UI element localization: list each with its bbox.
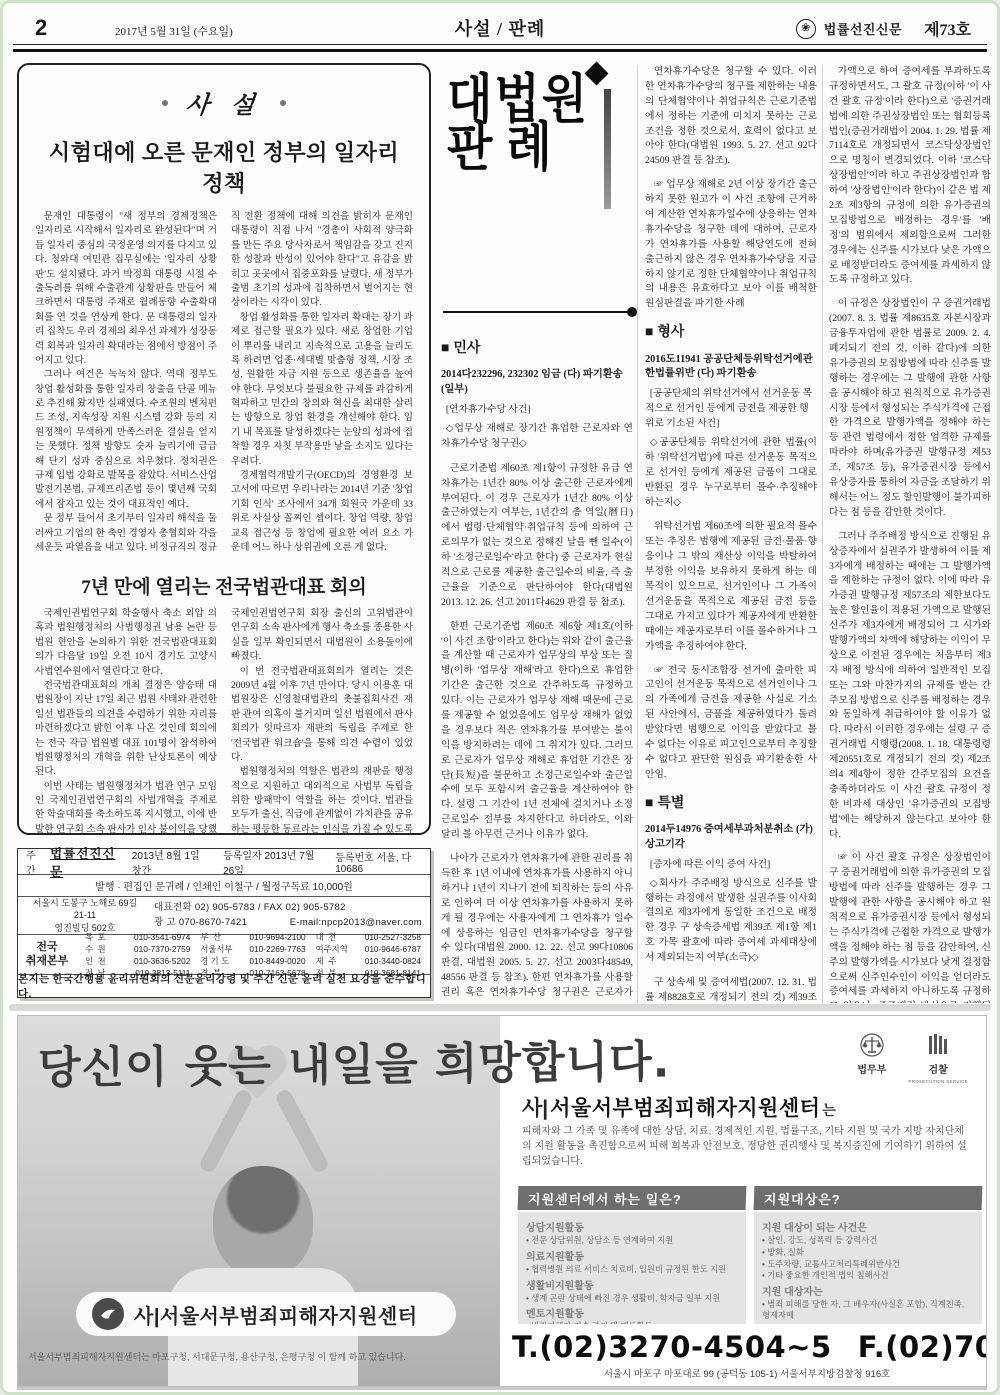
address-line-1: 서울시 도봉구 노해로 69길 21-11 bbox=[26, 897, 144, 921]
text-block: [증자에 따른 이익 증여 사건] bbox=[645, 858, 817, 873]
newspaper-page: 2 2017년 5월 31일 (수요일) 사설 / 판례 ❀ 법률선진신문 제7… bbox=[0, 0, 1000, 1395]
government-logos: 법무부 검찰 PROSECUTION SERVICE bbox=[857, 1032, 968, 1084]
service-item-title: 생활비지원활동 bbox=[526, 1277, 738, 1292]
bars-icon bbox=[925, 1032, 951, 1058]
section-heading: ■ 민사 bbox=[441, 337, 633, 358]
publisher-row-ethics: 본지는 한국간행물 윤리위원회의 신문윤리강령 및 주간 신문 윤리 실천 요강… bbox=[18, 975, 430, 997]
org-prefix: 사| bbox=[522, 1092, 548, 1122]
paragraph: 경제협력개발기구(OECD)의 경영환경 보고서에 따르면 우리나라는 2014… bbox=[231, 469, 413, 555]
main-phone: 대표전화 02) 905-5783 / FAX 02) 905-5782 bbox=[154, 901, 346, 915]
registration-date: 등록일자 2013년 7월 26일 bbox=[223, 847, 319, 877]
text-block: [공공단체의 위탁선거에서 선거운동 목적으로 선거인 등에게 금전을 제공한 … bbox=[645, 387, 817, 432]
target-group-item: • 도주차량, 교통사고처리특례위반사건 bbox=[762, 1259, 974, 1270]
bureau-label: 전국 취재본부 bbox=[18, 941, 76, 969]
service-item-desc: • 범죄피해자 지속 관리 및 멘토활동 bbox=[526, 1321, 738, 1324]
publisher-paper-name: 법률선진신문 bbox=[50, 844, 116, 880]
bureau-entry: 인 천010-3636-5202 bbox=[80, 955, 195, 967]
ad-box-targets: 지원대상은? 지원 대상이 되는 사건은• 살인, 강도, 성폭력 등 강력사건… bbox=[754, 1186, 982, 1324]
case-number: 2014두14976 증여세부과처분취소 (가) 상고기각 bbox=[645, 823, 817, 853]
paragraph: 문재인 대통령이 "새 정부의 경제정책은 일자리로 시작해서 일자리로 완성된… bbox=[35, 210, 217, 368]
ad-headline: 당신이 웃는 내일을 희망합니다. bbox=[38, 1024, 809, 1096]
logo-underline-rule bbox=[443, 311, 633, 313]
publisher-info-box: 주간 법률선진신문 2013년 8월 1일 창간 등록일자 2013년 7월 2… bbox=[17, 848, 431, 998]
child-head bbox=[213, 1166, 313, 1278]
paragraph: 창업 활성화를 통한 일자리 확대는 장기 과제로 접근할 필요가 있다. 새로… bbox=[231, 311, 413, 469]
text-block: ◇업무상 재해로 장기간 휴업한 근로자와 연차휴가수당 청구권◇ bbox=[441, 422, 633, 452]
ministry-label: 법무부 bbox=[857, 1061, 886, 1076]
editorial-title-2: 7년 만에 열리는 전국법관대표 회의 bbox=[35, 572, 413, 599]
supreme-court-precedents-logo: 대법원 판례 bbox=[447, 75, 597, 240]
text-block: ☞ 이 사건 괄호 규정은 상장법인이 구 증권거래법에 의한 유가증권의 모집… bbox=[829, 851, 991, 1003]
prosecution-label: 검찰 bbox=[929, 1061, 948, 1076]
text-block: ☞ 업무상 재해로 2년 이상 장기간 출근하지 못한 원고가 이 사건 조항에… bbox=[645, 178, 817, 312]
section-divider-band bbox=[9, 1004, 991, 1011]
ad-phone-f: F.(02)707-3717 bbox=[858, 1330, 987, 1364]
ad-box-services-title: 지원센터에서 하는 일은? bbox=[518, 1186, 747, 1210]
target-group-title: 지원 기준은 bbox=[762, 1323, 974, 1324]
editorial-body-2: 국제인권법연구회 학술행사 축소 외압 의혹과 법원행정처의 사법행정권 남용 … bbox=[35, 607, 413, 835]
advertisement: 당신이 웃는 내일을 희망합니다. 법무부 bbox=[17, 1015, 987, 1387]
case-number: 2014다232296, 232302 임금 (다) 파기환송(일부) bbox=[441, 368, 633, 398]
ad-bottom-caption: 서울서부범죄피해자지원센터는 마포구청, 서대문구청, 용산구청, 은평구청 이… bbox=[28, 1350, 498, 1363]
service-item-title: 멘토지원활동 bbox=[526, 1305, 738, 1320]
ad-address: 서울시 마포구 마포대로 99 (공덕동 105-1) 서울서부지방검찰청 91… bbox=[512, 1366, 982, 1380]
target-group-item: • 살인, 강도, 성폭력 등 강력사건 bbox=[762, 1235, 974, 1246]
logo-bar-icon bbox=[604, 89, 611, 209]
service-item-title: 상담지원활동 bbox=[526, 1219, 738, 1234]
service-item-title: 의료지원활동 bbox=[526, 1248, 738, 1263]
editorial-box: 사 설 시험대에 오른 문재인 정부의 일자리 정책 문재인 대통령이 "새 정… bbox=[17, 63, 431, 835]
service-item-desc: • 전문 상담위원, 상담소 등 연계하여 지원 bbox=[526, 1235, 738, 1246]
prosecution-service-logo: 검찰 PROSECUTION SERVICE bbox=[908, 1032, 968, 1084]
bureau-entry: 목 포010-3541-6974 bbox=[80, 931, 195, 943]
weekly-label: 주간 bbox=[26, 847, 42, 877]
text-block: 근로기준법 제60조 제1항이 규정한 유급 연차휴가는 1년간 80% 이상 … bbox=[441, 462, 633, 611]
scales-icon bbox=[859, 1032, 885, 1058]
masthead: ❀ 법률선진신문 제73호 bbox=[796, 17, 971, 40]
text-block: 구 상속세 및 증여세법(2007. 12. 31. 법률 제8828호로 개정… bbox=[645, 976, 817, 1003]
column-divider bbox=[822, 65, 823, 1003]
bureau-entry: 수 원010-7370-2759 bbox=[80, 943, 195, 955]
case-number: 2016도11941 공공단체등위탁선거에관한법률위반 (다) 파기환송 bbox=[645, 353, 817, 383]
text-block: 그러나 주주배정 방식으로 진행된 유상증자에서 실권주가 발생하여 이를 제3… bbox=[829, 530, 991, 843]
ad-phone-numbers: T.(02)3270-4504~5F.(02)707-3717 bbox=[512, 1330, 982, 1364]
org-name: 서울서부범죄피해자지원센터 bbox=[550, 1092, 820, 1122]
text-block: 이 규정은 상장법인이 구 증권거래법(2007. 8. 3. 법률 제8635… bbox=[829, 297, 991, 520]
section-heading: ■ 형사 bbox=[645, 321, 817, 342]
target-group-item: • 기타 중요한 개인적 법익 침해사건 bbox=[762, 1270, 974, 1281]
publisher-row-registration: 주간 법률선진신문 2013년 8월 1일 창간 등록일자 2013년 7월 2… bbox=[18, 849, 430, 875]
column-divider bbox=[637, 65, 638, 1003]
publisher-phones: 대표전화 02) 905-5783 / FAX 02) 905-5782 광 고… bbox=[154, 901, 422, 930]
paragraph: 그러나 여건은 녹녹치 않다. 역대 정부도 창업 활성화를 통한 일자리 창출… bbox=[35, 368, 217, 512]
target-group-title: 지원 대상자는 bbox=[762, 1283, 974, 1298]
precedents-column-1: ■ 민사2014다232296, 232302 임금 (다) 파기환송(일부)[… bbox=[441, 329, 633, 1001]
service-item-desc: • 협력병원 의료 서비스 치료비, 입원비 규정된 한도 지원 bbox=[526, 1264, 738, 1275]
prosecution-sublabel: PROSECUTION SERVICE bbox=[908, 1079, 968, 1084]
editorial-title-1: 시험대에 오른 문재인 정부의 일자리 정책 bbox=[35, 136, 413, 198]
ethics-notice: 본지는 한국간행물 윤리위원회의 신문윤리강령 및 주간 신문 윤리 실천 요강… bbox=[18, 971, 430, 1001]
text-block: 한편 근로기준법 제60조 제6항 제1호(이하 '이 사건 조항'이라고 한다… bbox=[441, 620, 633, 843]
page-header: 2 2017년 5월 31일 (수요일) 사설 / 판례 ❀ 법률선진신문 제7… bbox=[3, 3, 997, 53]
target-group-item: • 범죄 피해를 당한 자, 그 배우자(사실혼 포함), 직계친족, 형제자매 bbox=[762, 1299, 974, 1321]
text-block: ◇공공단체등 위탁선거에 관한 법률(이하 '위탁선거법')에 따른 선거운동 … bbox=[645, 436, 817, 510]
ad-box-targets-body: 지원 대상이 되는 사건은• 살인, 강도, 성폭력 등 강력사건• 방화, 실… bbox=[754, 1212, 982, 1324]
paragraph: 법원행정처의 역할은 법관의 재판을 행정적으로 지원하고 대외적으로 사법부 … bbox=[231, 765, 413, 835]
section-heading: ■ 특별 bbox=[645, 792, 817, 813]
newspaper-name: 법률선진신문 bbox=[824, 19, 902, 38]
founded-date: 2013년 8월 1일 창간 bbox=[132, 847, 207, 877]
paragraph: 이번 사태는 법원행정처가 법관 연구 모임인 국제인권법연구회의 사법개혁을 … bbox=[35, 780, 217, 835]
target-group-title: 지원 대상이 되는 사건은 bbox=[762, 1219, 974, 1234]
text-block: 연차휴가수당은 청구할 수 있다. 이러한 연차휴가수당의 청구를 제한하는 내… bbox=[645, 65, 817, 169]
ad-box-services-body: 상담지원활동• 전문 상담위원, 상담소 등 연계하여 지원의료지원활동• 협력… bbox=[518, 1212, 746, 1324]
dove-icon bbox=[92, 1298, 124, 1330]
org-suffix: 는 bbox=[822, 1100, 836, 1120]
precedents-column-3: 가액으로 하여 증여세를 부과하도록 규정하면서도, 그 괄호 규정(이하 '이… bbox=[829, 65, 991, 1003]
org-banner-name: 사|서울서부범죄피해자지원센터 bbox=[134, 1300, 418, 1329]
editorial-kicker: 사 설 bbox=[35, 85, 413, 120]
logo-text-line2: 판례 bbox=[447, 120, 597, 174]
kicker-dot-icon bbox=[162, 100, 168, 106]
newspaper-logo-icon: ❀ bbox=[796, 19, 816, 39]
paragraph: 국제인권법연구회 학술행사 축소 외압 의혹과 법원행정처의 사법행정권 남용 … bbox=[35, 607, 217, 679]
bureau-entry: 부 산010-9694-2100 bbox=[195, 931, 310, 943]
child-arm bbox=[274, 1088, 330, 1175]
text-block: [연차휴가수당 사건] bbox=[441, 403, 633, 418]
issue-number: 제73호 bbox=[924, 17, 971, 40]
paragraph: 전국법관대표회의 개최 결정은 양승태 대법원장이 지난 17일 최근 법원 사… bbox=[35, 679, 217, 780]
bureau-entry: 서울서부010-2269-7763 bbox=[195, 943, 310, 955]
org-heading: 사| 서울서부범죄피해자지원센터 는 bbox=[522, 1092, 836, 1122]
bureau-entry: 여주지역010-9646-6787 bbox=[311, 943, 426, 955]
text-block: 위탁선거법 제60조에 의한 필요적 몰수 또는 추징은 범행에 제공된 금전·… bbox=[645, 520, 817, 654]
org-banner: 사|서울서부범죄피해자지원센터 bbox=[76, 1292, 456, 1336]
child-arm bbox=[198, 1088, 254, 1175]
text-block: 나아가 근로자가 연차휴가에 관한 권리를 취득한 후 1년 이내에 연차휴가를… bbox=[441, 852, 633, 1001]
header-rule-thick bbox=[13, 49, 987, 52]
bureau-entry: 대 전010-2527-3258 bbox=[311, 931, 426, 943]
kicker-dot-icon bbox=[280, 100, 286, 106]
target-group-item: • 방화, 실화 bbox=[762, 1247, 974, 1258]
ad-box-services: 지원센터에서 하는 일은? 상담지원활동• 전문 상담위원, 상담소 등 연계하… bbox=[518, 1186, 746, 1324]
service-item-desc: • 생계 곤란 상태에 빠진 경우 생활비, 학자금 일부 지원 bbox=[526, 1293, 738, 1304]
org-description: 피해자와 그 가족 및 유족에 대한 상담, 치료, 경제적인 지원, 법률구조… bbox=[522, 1124, 972, 1169]
ministry-of-justice-logo: 법무부 bbox=[857, 1032, 886, 1084]
ad-phone-t: T.(02)3270-4504~5 bbox=[512, 1330, 832, 1364]
ad-box-targets-title: 지원대상은? bbox=[754, 1186, 983, 1210]
publisher-row-bureaus: 전국 취재본부 목 포010-3541-6974수 원010-7370-2759… bbox=[18, 935, 430, 975]
paragraph: 이 번 전국법관대표회의가 열리는 것은 2009년 4월 이후 7년 만이다.… bbox=[231, 665, 413, 766]
bureau-entry: 제 주010-3440-0824 bbox=[311, 955, 426, 967]
editorial-body-1: 문재인 대통령이 "새 정부의 경제정책은 일자리로 시작해서 일자리로 완성된… bbox=[35, 210, 413, 562]
text-block: ◇회사가 주주배정 방식으로 신주를 발행하는 과정에서 발생한 실권주를 이사… bbox=[645, 877, 817, 966]
kicker-label: 사 설 bbox=[184, 85, 264, 120]
text-block: ☞ 전국 동시조합장 선거에 출마한 피고인이 선거운동 목적으로 선거인이나 … bbox=[645, 664, 817, 783]
registration-number: 등록번호 서울, 다10686 bbox=[335, 849, 422, 875]
precedents-column-2: 연차휴가수당은 청구할 수 있다. 이러한 연차휴가수당의 청구를 제한하는 내… bbox=[645, 65, 817, 1003]
text-block: 가액으로 하여 증여세를 부과하도록 규정하면서도, 그 괄호 규정(이하 '이… bbox=[829, 65, 991, 288]
bureau-entry: 경 기 도010-8449-0020 bbox=[195, 955, 310, 967]
publisher-line: 발행 · 편집인 문귀례 / 인쇄인 이철구 / 월정구독료 10,000원 bbox=[95, 878, 353, 893]
header-rule-thin bbox=[13, 44, 987, 45]
